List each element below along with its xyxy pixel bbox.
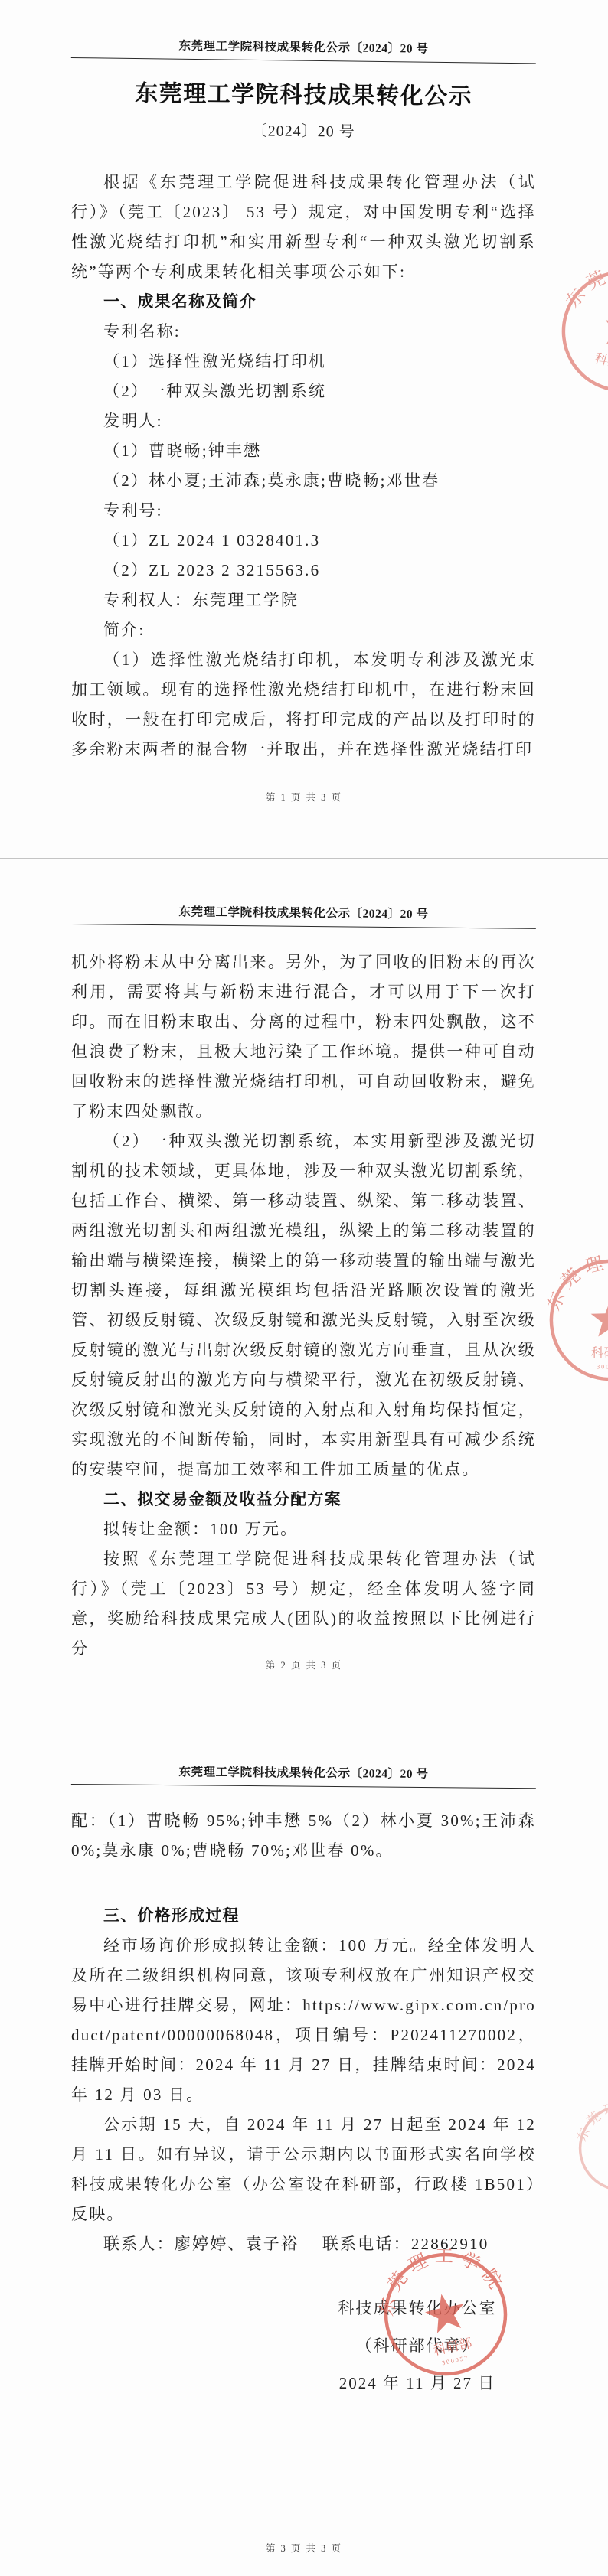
signature-date: 2024 年 11 月 27 日 — [329, 2365, 505, 2402]
page-3: 东莞理工学院科技成果转化公示〔2024〕20 号 配：（1）曹晓畅 95%;钟丰… — [0, 1717, 608, 2576]
seal-ring-text: 东莞理工学院 — [545, 1255, 608, 1313]
paragraph-period: 公示期 15 天，自 2024 年 11 月 27 日起至 2024 年 12 … — [71, 2110, 536, 2229]
scanned-document: 东莞理工学院科技成果转化公示〔2024〕20 号 东莞理工学院科技成果转化公示 … — [0, 0, 608, 2576]
paragraph-brief-2: （2）一种双头激光切割系统，本实用新型涉及激光切割机的技术领域，更具体地，涉及一… — [71, 1127, 536, 1485]
page-header-block: 东莞理工学院科技成果转化公示〔2024〕20 号 — [71, 1762, 536, 1789]
section-heading-2: 二、拟交易金额及收益分配方案 — [71, 1485, 536, 1515]
document-number: 〔2024〕20 号 — [71, 116, 536, 143]
seal-ring-text: 东莞理工学院 — [576, 2102, 608, 2144]
header-rule — [71, 924, 536, 929]
seal-edge-fragment: 东莞理工学院 科研部 300057 — [545, 1255, 608, 1385]
page-footer: 第 2 页 共 3 页 — [0, 1658, 608, 1671]
paragraph-continuation: 机外将粉末从中分离出来。另外，为了回收的旧粉末的再次利用，需要将其与新粉末进行混… — [71, 947, 536, 1127]
seal-star — [591, 1299, 608, 1336]
patent-line: 简介: — [71, 615, 536, 645]
paragraph-policy: 按照《东莞理工学院促进科技成果转化管理办法（试行）》（莞工〔2023〕53 号）… — [71, 1544, 536, 1664]
page-footer: 第 1 页 共 3 页 — [0, 790, 608, 804]
page-body: 根据《东莞理工学院促进科技成果转化管理办法（试行）》（莞工〔2023〕 53 号… — [71, 168, 536, 765]
section-heading-3: 三、价格形成过程 — [71, 1901, 536, 1931]
patent-line: （1）选择性激光烧结打印机 — [71, 347, 536, 377]
patent-line: 专利权人：东莞理工学院 — [71, 585, 536, 615]
contact-line: 联系人：廖婷婷、袁子裕 联系电话：22862910 — [71, 2229, 536, 2259]
patent-line: （2）ZL 2023 2 3215563.6 — [71, 556, 536, 585]
svg-text:东莞理工学院: 东莞理工学院 — [560, 251, 608, 344]
title-block: 东莞理工学院科技成果转化公示 〔2024〕20 号 — [71, 73, 537, 143]
patent-line: （1）ZL 2024 1 0328401.3 — [71, 526, 536, 556]
seal-star — [600, 306, 608, 352]
seal-serial: 300057 — [597, 1363, 608, 1370]
page-header-block: 东莞理工学院科技成果转化公示〔2024〕20 号 — [71, 902, 536, 929]
page-body: 配：（1）曹晓畅 95%;钟丰懋 5%（2）林小夏 30%;王沛森0%;莫永康 … — [71, 1806, 536, 2402]
paragraph-brief-1: （1）选择性激光烧结打印机，本发明专利涉及激光束加工领域。现有的选择性激光烧结打… — [71, 645, 536, 765]
page-body: 机外将粉末从中分离出来。另外，为了回收的旧粉末的再次利用，需要将其与新粉末进行混… — [71, 947, 536, 1664]
svg-text:东莞理工学院: 东莞理工学院 — [545, 1255, 608, 1313]
paragraph-price: 经市场询价形成拟转让金额：100 万元。经全体发明人及所在二级组织机构同意，该项… — [71, 1931, 536, 2110]
paragraph-amount: 拟转让金额：100 万元。 — [71, 1515, 536, 1544]
document-title: 东莞理工学院科技成果转化公示 — [71, 73, 536, 112]
page-2: 东莞理工学院科技成果转化公示〔2024〕20 号 机外将粉末从中分离出来。另外，… — [0, 859, 608, 1717]
signature-org: 科技成果转化办公室 — [329, 2290, 505, 2327]
patent-line: 专利号: — [71, 496, 536, 526]
svg-text:东莞理工学院: 东莞理工学院 — [576, 2102, 608, 2144]
patent-line: （2）林小夏;王沛森;莫永康;曹晓畅;邓世春 — [71, 466, 536, 496]
page-header-block: 东莞理工学院科技成果转化公示〔2024〕20 号 — [71, 35, 536, 64]
page-header: 东莞理工学院科技成果转化公示〔2024〕20 号 — [71, 902, 536, 923]
patent-line: （2）一种双头激光切割系统 — [71, 377, 536, 406]
patent-line: 发明人: — [71, 406, 536, 436]
page-footer: 第 3 页 共 3 页 — [0, 2541, 608, 2555]
paragraph-intro: 根据《东莞理工学院促进科技成果转化管理办法（试行）》（莞工〔2023〕 53 号… — [71, 168, 536, 287]
seal-edge-fragment: 东莞理工学院 科研部 — [542, 251, 608, 412]
seal-dept-text: 科研部 — [593, 351, 608, 375]
signature-note: （科研部代章） — [329, 2327, 505, 2365]
seal-dept-text: 科研部 — [591, 1345, 608, 1360]
section-heading-1: 一、成果名称及简介 — [71, 287, 536, 317]
patent-line: （1）曹晓畅;钟丰懋 — [71, 436, 536, 466]
header-rule — [71, 1784, 536, 1789]
page-1: 东莞理工学院科技成果转化公示〔2024〕20 号 东莞理工学院科技成果转化公示 … — [0, 0, 608, 859]
paragraph-ratio: 配：（1）曹晓畅 95%;钟丰懋 5%（2）林小夏 30%;王沛森0%;莫永康 … — [71, 1806, 536, 1866]
page-header: 东莞理工学院科技成果转化公示〔2024〕20 号 — [71, 1762, 536, 1782]
seal-ring-text: 东莞理工学院 — [560, 251, 608, 344]
page-header: 东莞理工学院科技成果转化公示〔2024〕20 号 — [71, 35, 536, 57]
signature-block: 科技成果转化办公室 （科研部代章） 2024 年 11 月 27 日 — [329, 2290, 505, 2402]
seal-edge-fragment: 东莞理工学院 — [576, 2102, 608, 2194]
header-rule — [71, 57, 536, 64]
patent-line: 专利名称: — [71, 317, 536, 347]
